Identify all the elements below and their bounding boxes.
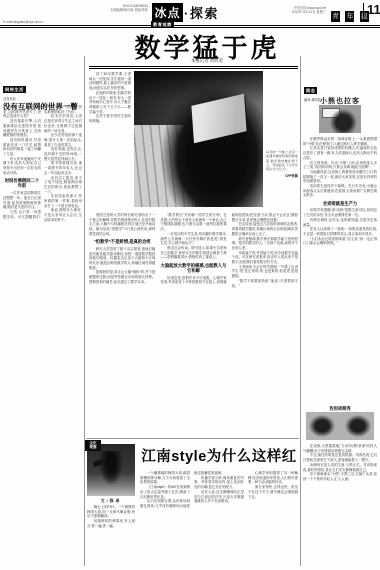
header-date: 2012年12月12日 星期三	[258, 10, 326, 14]
right-column-body2: 在成都,大熊猫基地门口的玩偶“滚滚”同样人气爆棚,孩子们排着队要跟它击掌。不过,…	[303, 444, 377, 566]
main-article-rule	[89, 66, 298, 69]
bottom-article-body: 一个戴墨镜的韩国大叔,跳着滑稽的骑马舞,几个月间席卷了全世界的屏幕。《江南sty…	[140, 471, 298, 566]
masthead-bingdian: 冰点	[152, 3, 183, 22]
bear-figure	[330, 109, 357, 133]
bottom-article-colA: 舞台上的PSY。一个微胖的韩国大叔,用一支骑马舞证明:快乐不需要翻译。视频网站的…	[87, 505, 135, 566]
logo-char-2: 年	[345, 11, 354, 22]
left-article-body: 如果有一天早上醒来,互联网突然消失了,世界会变成什么样?没有搜索引擎,人们重新排…	[3, 105, 82, 566]
bottom-tag-line2: 观察	[87, 445, 100, 449]
masthead: 冰点 ·探索	[152, 3, 219, 22]
bear-photo	[319, 105, 361, 133]
left-article-kicker: 点亮光标	[3, 97, 82, 101]
main-photo-caption: 11月的一个晚上,北京一家课外辅导机构的教室里,数学教材摊在椅子上。考试临近,不…	[266, 150, 298, 171]
main-photo-caption-block: 11月的一个晚上,北京一家课外辅导机构的教室里,数学教材摊在椅子上。考试临近,不…	[266, 150, 298, 178]
panda-photo	[306, 412, 374, 440]
right-column-subhead2: 告别卖萌秀	[303, 406, 377, 411]
header-dateline: 中青在线:www.cyol.net 2012年12月12日 星期三	[258, 6, 326, 14]
right-column-tag: 图志	[304, 87, 317, 93]
main-article-body: 美国芝加哥大学的两位研究者给出了一个惊人的解释:对数学感到焦虑的人,在面对数字之…	[89, 213, 298, 435]
main-article-byline: 本报记者 黄昉苨	[116, 58, 298, 64]
main-article-photo	[134, 71, 263, 207]
left-article-tag: 网络生活	[3, 86, 26, 92]
header-contact: Tel:010-64098333 本版编辑/徐百柯 美编/李伟	[106, 4, 148, 12]
page-number: 11	[363, 3, 380, 17]
header-editors: 本版编辑/徐百柯 美编/李伟	[106, 8, 148, 12]
psy-figure	[99, 451, 123, 484]
bottom-article-title: 江南style为什么这样红	[140, 445, 298, 466]
bottom-article-photo-byline: 文/陈卓	[87, 498, 135, 504]
psy-dance-photo	[87, 444, 135, 496]
header-email: E-mail:bingdian@cyd.net.cn	[3, 20, 43, 24]
masthead-tansuo: ·探索	[184, 3, 219, 22]
separator-bottom	[86, 438, 299, 439]
main-photo-credit: CFP供图	[266, 173, 298, 178]
newspaper-page: E-mail:bingdian@cyd.net.cn Tel:010-64098…	[0, 0, 380, 570]
separator-right	[300, 56, 301, 566]
bottom-article-tag: 文化 观察	[85, 440, 101, 451]
separator-left	[84, 56, 85, 566]
right-column-body: 在俄罗斯远东的一条商业街上,一头系着围裙的“小熊”站在餐馆门口,朝过路行人挥手鞠…	[303, 137, 377, 401]
logo-char-1: 青	[331, 11, 340, 22]
main-article-tag: 教育观察	[151, 21, 174, 27]
main-article-intro: 讲了30年数学课,王老师头一回发现,学生看到一道证明题时,脸上露出的不是困惑,而…	[89, 72, 131, 208]
